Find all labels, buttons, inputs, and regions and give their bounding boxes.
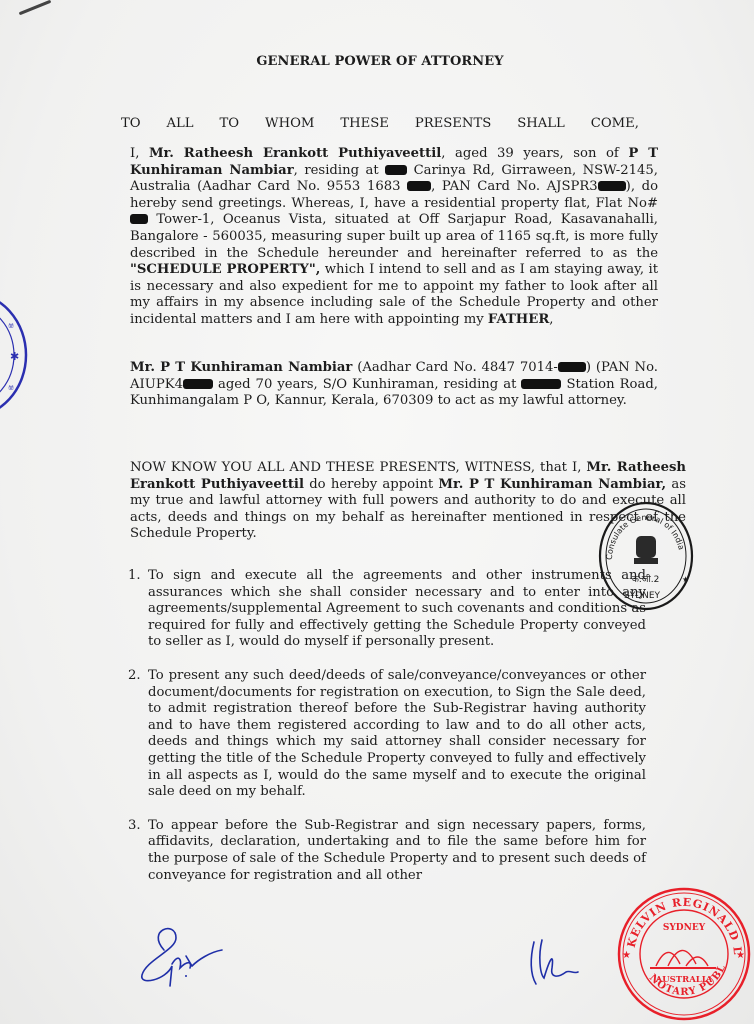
salutation-word: TO <box>220 116 240 131</box>
clause-item: 2. To present any such deed/deeds of sal… <box>128 668 646 801</box>
salutation-word: THESE <box>340 116 389 131</box>
attorney-details-paragraph: Mr. P T Kunhiraman Nambiar (Aadhar Card … <box>130 360 658 410</box>
redaction <box>385 165 407 175</box>
salutation-word: PRESENTS <box>415 116 491 131</box>
svg-text:क.जी.2: क.जी.2 <box>632 573 659 585</box>
svg-text:★: ★ <box>736 950 745 961</box>
recital-paragraph: I, Mr. Ratheesh Erankott Puthiyaveettil,… <box>130 146 658 329</box>
salutation-word: TO <box>121 116 141 131</box>
principal-signature <box>136 920 226 990</box>
clause-item: 1. To sign and execute all the agreement… <box>128 568 646 651</box>
document-page: GENERAL POWER OF ATTORNEY TO ALL TO WHOM… <box>0 0 754 1024</box>
salutation-word: WHOM <box>265 116 314 131</box>
redaction <box>130 214 148 224</box>
document-title: GENERAL POWER OF ATTORNEY <box>0 54 754 69</box>
clause-list: 1. To sign and execute all the agreement… <box>128 568 646 884</box>
left-seal-stamp: ✱ ෂ ෂ <box>0 290 30 420</box>
salutation: TO ALL TO WHOM THESE PRESENTS SHALL COME… <box>121 116 639 131</box>
redaction <box>407 181 431 191</box>
svg-text:ෂ: ෂ <box>8 383 14 393</box>
svg-text:✱: ✱ <box>10 350 19 363</box>
svg-text:ෂ: ෂ <box>8 321 14 331</box>
notary-seal-stamp: KELVIN REGINALD LOW NOTARY PUBLIC SYDNEY… <box>616 886 752 1022</box>
svg-text:SYDNEY: SYDNEY <box>624 591 661 601</box>
redaction <box>558 362 586 372</box>
pen-mark <box>19 0 52 15</box>
redaction <box>183 379 213 389</box>
salutation-word: COME, <box>591 116 639 131</box>
redaction <box>521 379 561 389</box>
svg-text:SYDNEY: SYDNEY <box>663 923 706 933</box>
notary-signature <box>522 934 582 990</box>
svg-text:★: ★ <box>682 575 689 584</box>
svg-text:AUSTRALIA: AUSTRALIA <box>655 975 713 985</box>
svg-text:KELVIN REGINALD LOW: KELVIN REGINALD LOW <box>616 886 744 956</box>
salutation-word: SHALL <box>517 116 565 131</box>
consulate-seal-stamp: Consulate General of India क.जी.2 SYDNEY… <box>598 500 698 612</box>
redaction <box>598 181 626 191</box>
svg-text:★: ★ <box>622 950 631 961</box>
clause-item: 3. To appear before the Sub-Registrar an… <box>128 818 646 884</box>
salutation-word: ALL <box>167 116 194 131</box>
